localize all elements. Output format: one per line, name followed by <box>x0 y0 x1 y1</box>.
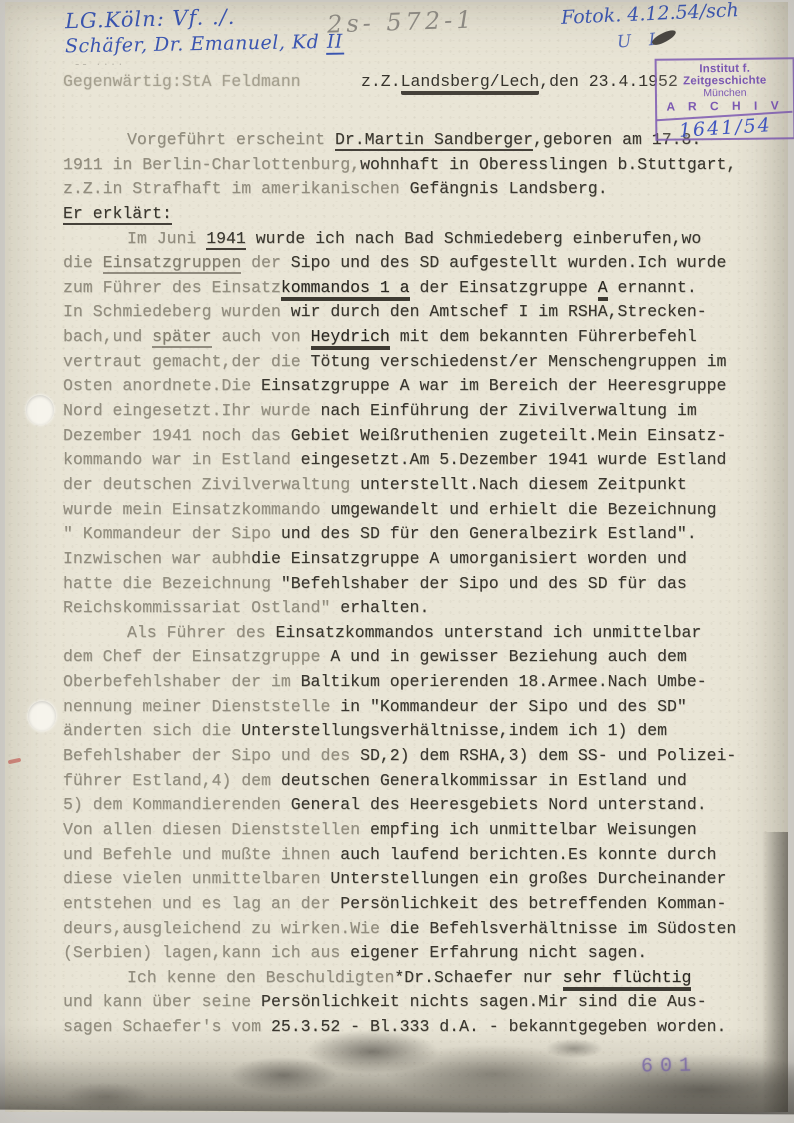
date-prefix: z.Z. <box>361 72 401 91</box>
text-segment: Er erklärt: <box>63 204 172 225</box>
text-line: In Schmiedeberg wurden wir durch den Amt… <box>63 300 773 325</box>
text-segment: Vorgeführt erscheint <box>127 130 335 149</box>
text-segment: erhalten. <box>340 598 429 617</box>
text-line: Osten anordnete.Die Einsatzgruppe A war … <box>63 374 773 399</box>
text-segment: führer Estland,4) dem <box>63 771 281 790</box>
text-segment: in "Kommandeur der Sipo und des SD" <box>340 697 687 716</box>
text-segment: 5) dem Kommandierenden <box>63 795 291 814</box>
text-segment: nach Einführung der Zivilverwaltung im <box>320 401 696 420</box>
text-segment: der deutschen Zivilverwaltung <box>63 475 360 494</box>
text-line: und Befehle und mußte ihnen auch laufend… <box>63 843 773 868</box>
text-segment: " Kommandeur der Sipo <box>63 524 281 543</box>
text-segment: Persönlichkeit des betreffenden Komman- <box>340 894 726 913</box>
text-line: entstehen und es lag an der Persönlichke… <box>63 892 773 917</box>
text-segment: unterstellt.Nach diesem Zeitpunkt <box>360 475 687 494</box>
text-segment: Einsatzgruppen <box>103 253 242 274</box>
text-segment: Sipo und des SD aufgestellt wurden.Ich w… <box>291 253 727 272</box>
text-segment: empfing ich unmittelbar Weisungen <box>370 820 697 839</box>
red-margin-mark <box>8 758 22 765</box>
text-line: Dezember 1941 noch das Gebiet Weißruthen… <box>63 424 773 449</box>
text-segment: Persönlichkeit nichts sagen.Mir sind die… <box>261 992 707 1011</box>
text-line: Als Führer des Einsatzkommandos untersta… <box>63 621 773 646</box>
text-line: " Kommandeur der Sipo und des SD für den… <box>63 522 773 547</box>
text-line: Inzwischen war aubhdie Einsatzgruppe A u… <box>63 547 773 572</box>
text-segment: Im Juni <box>127 229 206 248</box>
text-segment: Dr.Martin Sandberger <box>335 130 533 151</box>
text-segment: später <box>152 327 211 348</box>
text-segment: wurde mein Einsatzkommando <box>63 500 330 519</box>
text-segment: diese vielen unmittelbaren <box>63 869 330 888</box>
case-name-text: Schäfer, Dr. Emanuel, Kd <box>65 31 326 58</box>
archive-number: 1641/54 <box>657 111 794 143</box>
archive-stamp: Institut f. Zeitgeschichte München A R C… <box>655 57 794 140</box>
text-segment: Nord eingesetzt.Ihr wurde <box>63 401 320 420</box>
text-line: 5) dem Kommandierenden General des Heere… <box>63 793 773 818</box>
text-line: Ich kenne den Beschuldigten*Dr.Schaefer … <box>63 966 773 991</box>
text-segment: wurde ich nach Bad Schmiedeberg einberuf… <box>246 229 701 248</box>
text-segment: General des Heeresgebiets Nord unterstan… <box>291 795 707 814</box>
text-segment: Reichskommissariat Ostland" <box>63 598 340 617</box>
text-segment: der <box>241 253 291 272</box>
text-segment: Heydrich <box>311 327 390 350</box>
text-segment: die Befehlsverhältnisse im Südosten <box>390 919 737 938</box>
text-segment: SD,2) dem RSHA,3) dem SS- und Polizei- <box>360 746 736 765</box>
text-segment: Inzwischen war aubh <box>63 549 251 568</box>
text-segment: *Dr.Schaefer nur <box>394 968 562 987</box>
text-segment: Gefängnis Landsberg. <box>410 179 608 198</box>
text-line: Oberbefehlshaber der im Baltikum operier… <box>63 670 773 695</box>
text-segment: entstehen und es lag an der <box>63 894 340 913</box>
text-segment: sehr flüchtig <box>563 968 692 991</box>
text-segment: Gebiet Weißruthenien zugeteilt.Mein Eins… <box>291 426 727 445</box>
text-segment: zum Führer des Einsatz <box>63 278 281 297</box>
text-line: führer Estland,4) dem deutschen Generalk… <box>63 769 773 794</box>
date-place: Landsberg/Lech <box>401 72 540 95</box>
text-line: der deutschen Zivilverwaltung unterstell… <box>63 473 773 498</box>
text-line: und kann über seine Persönlichkeit nicht… <box>63 990 773 1015</box>
text-segment: und kann über seine <box>63 992 261 1011</box>
text-line: kommando war in Estland eingesetzt.Am 5.… <box>63 448 773 473</box>
text-segment: der Einsatzgruppe <box>410 278 598 297</box>
text-line: bach,und später auch von Heydrich mit de… <box>63 325 773 350</box>
text-segment: Baltikum operierenden 18.Armee.Nach Umbe… <box>301 672 707 691</box>
text-line: nennung meiner Dienststelle in "Kommande… <box>63 695 773 720</box>
text-line: Nord eingesetzt.Ihr wurde nach Einführun… <box>63 399 773 424</box>
scan-background: LG.Köln: Vf. ./. Schäfer, Dr. Emanuel, K… <box>0 0 794 1123</box>
text-line: Im Juni 1941 wurde ich nach Bad Schmiede… <box>63 227 773 252</box>
text-segment: A und in gewisser Beziehung auch dem <box>330 647 686 666</box>
text-segment: Als Führer des <box>127 623 276 642</box>
text-segment: Ich kenne den Beschuldigten <box>127 968 394 987</box>
handwritten-case-name: Schäfer, Dr. Emanuel, Kd II <box>65 31 344 58</box>
text-line: diese vielen unmittelbaren Unterstellung… <box>63 867 773 892</box>
text-line: dem Chef der Einsatzgruppe A und in gewi… <box>63 645 773 670</box>
text-segment: wir durch den Amtschef I im RSHA,Strecke… <box>291 302 707 321</box>
text-segment: umgewandelt und erhielt die Bezeichnung <box>330 500 716 519</box>
text-segment: auch laufend berichten.Es konnte durch <box>340 845 716 864</box>
text-segment: vertraut gemacht,der die <box>63 352 311 371</box>
text-segment: eingesetzt.Am 5.Dezember 1941 wurde Estl… <box>301 450 727 469</box>
punch-hole-top <box>26 395 54 425</box>
text-segment: (Serbien) lagen,kann ich aus <box>63 943 350 962</box>
text-segment: A <box>598 278 608 301</box>
text-line: zum Führer des Einsatzkommandos 1 a der … <box>63 276 773 301</box>
text-line: Befehlshaber der Sipo und des SD,2) dem … <box>63 744 773 769</box>
text-segment: 1911 in Berlin-Charlottenburg, <box>63 155 360 174</box>
text-segment: änderten sich die <box>63 721 241 740</box>
text-segment: Einsatzgruppe A war im Bereich der Heere… <box>261 376 726 395</box>
text-segment: ernannt. <box>608 278 697 297</box>
stamp-line-1: Institut f. Zeitgeschichte <box>657 62 793 87</box>
pencil-dashes: -- ···· <box>75 56 126 71</box>
text-segment: auch von <box>212 327 311 346</box>
text-segment: deutschen Generalkommissar in Estland un… <box>281 771 687 790</box>
text-line: wurde mein Einsatzkommando umgewandelt u… <box>63 498 773 523</box>
text-segment: nennung meiner Dienststelle <box>63 697 340 716</box>
handwritten-court-ref: LG.Köln: Vf. ./. <box>65 5 236 33</box>
text-line: (Serbien) lagen,kann ich aus eigener Erf… <box>63 941 773 966</box>
text-line: hatte die Bezeichnung "Befehlshaber der … <box>63 572 773 597</box>
text-segment: Unterstellungsverhältnisse,indem ich 1) … <box>241 721 667 740</box>
text-segment: kommandos 1 a <box>281 278 410 301</box>
text-line: Von allen diesen Dienststellen empfing i… <box>63 818 773 843</box>
text-segment: und des SD für den Generalbezirk Estland… <box>281 524 697 543</box>
document-body: Vorgeführt erscheint Dr.Martin Sandberge… <box>63 128 773 1040</box>
text-segment: mit dem bekannten Führerbefehl <box>390 327 697 346</box>
text-segment: die Einsatzgruppe A umorganisiert worden… <box>251 549 687 568</box>
text-segment: hatte die Bezeichnung <box>63 574 281 593</box>
text-segment: die <box>63 253 103 272</box>
text-segment: bach,und <box>63 327 152 346</box>
typed-present-note: Gegenwärtig:StA Feldmann <box>63 72 301 91</box>
text-segment: z.Z.in Strafhaft im amerikanischen <box>63 179 410 198</box>
text-line: Er erklärt: <box>63 202 773 227</box>
text-segment: wohnhaft in Oberesslingen b.Stuttgart, <box>360 155 736 174</box>
text-line: änderten sich die Unterstellungsverhältn… <box>63 719 773 744</box>
text-line: die Einsatzgruppen der Sipo und des SD a… <box>63 251 773 276</box>
text-segment: In Schmiedeberg wurden <box>63 302 291 321</box>
text-segment: Von allen diesen Dienststellen <box>63 820 370 839</box>
text-line: deurs,ausgleichend zu wirken.Wie die Bef… <box>63 917 773 942</box>
punch-hole-bottom <box>28 701 56 731</box>
text-segment: Oberbefehlshaber der im <box>63 672 301 691</box>
text-segment: und Befehle und mußte ihnen <box>63 845 340 864</box>
text-segment: Einsatzkommandos unterstand ich unmittel… <box>276 623 702 642</box>
text-line: vertraut gemacht,der die Tötung verschie… <box>63 350 773 375</box>
text-segment: 1941 <box>206 229 246 250</box>
pencil-reference: 2s- 572-1 <box>327 5 476 38</box>
text-line: 1911 in Berlin-Charlottenburg,wohnhaft i… <box>63 153 773 178</box>
page-number-stamp: 601 <box>641 1055 698 1079</box>
typed-date-line: z.Z.Landsberg/Lech,den 23.4.1952 <box>361 72 678 91</box>
text-segment: eigener Erfahrung nicht sagen. <box>350 943 647 962</box>
photo-note: Fotok. 4.12.54/sch <box>561 0 740 29</box>
text-line: Reichskommissariat Ostland" erhalten. <box>63 596 773 621</box>
text-line: z.Z.in Strafhaft im amerikanischen Gefän… <box>63 177 773 202</box>
text-segment: kommando war in Estland <box>63 450 301 469</box>
text-segment: Tötung verschiedenst/er Menschengruppen … <box>311 352 727 371</box>
text-segment: Dezember 1941 noch das <box>63 426 291 445</box>
text-segment: "Befehlshaber der Sipo und des SD für da… <box>281 574 687 593</box>
text-segment: dem Chef der Einsatzgruppe <box>63 647 330 666</box>
text-segment: Osten anordnete.Die <box>63 376 261 395</box>
text-segment: Unterstellungen ein großes Durcheinander <box>330 869 726 888</box>
text-segment: deurs,ausgleichend zu wirken.Wie <box>63 919 390 938</box>
paper-sheet: LG.Köln: Vf. ./. Schäfer, Dr. Emanuel, K… <box>5 2 788 1112</box>
text-segment: Befehlshaber der Sipo und des <box>63 746 360 765</box>
